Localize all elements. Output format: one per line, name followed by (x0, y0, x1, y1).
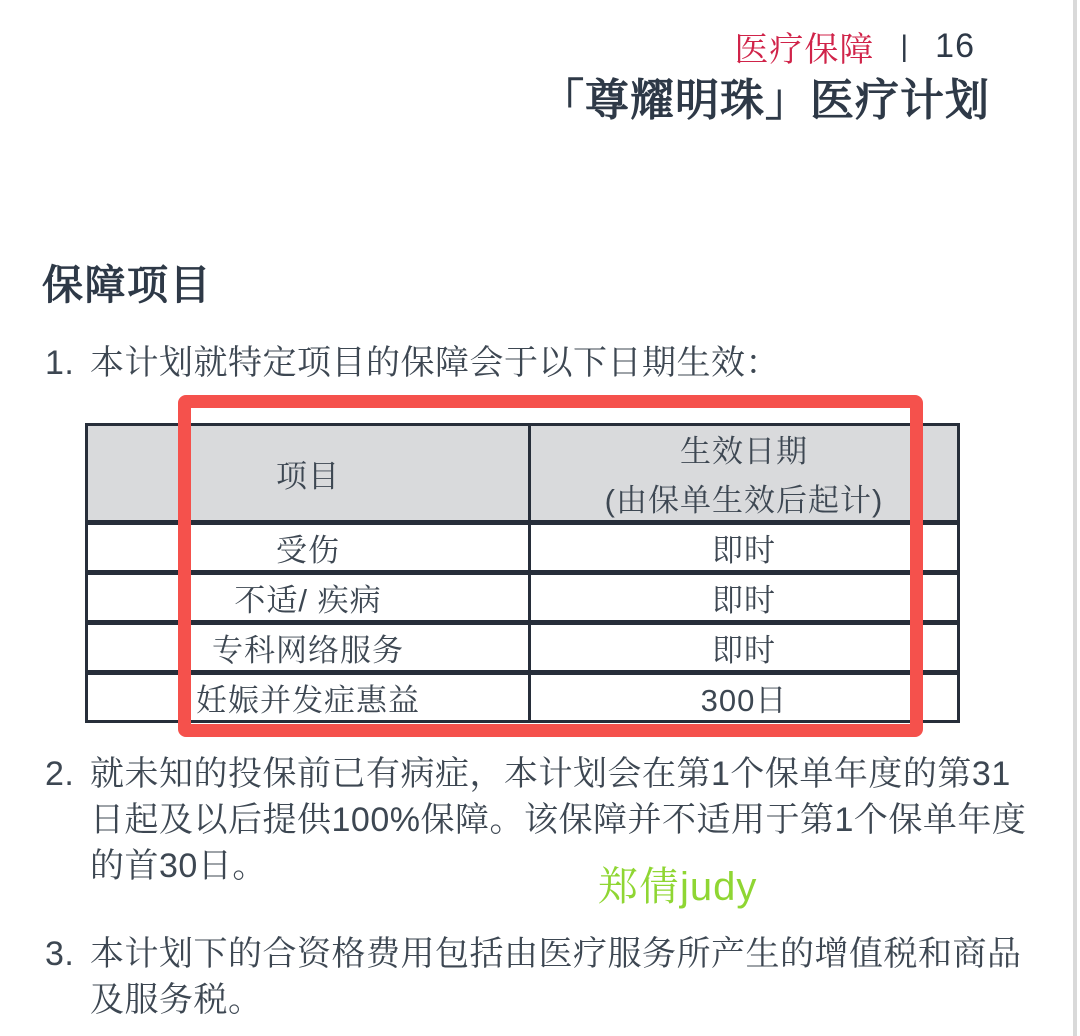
list-item-1-text: 本计划就特定项目的保障会于以下日期生效： (90, 340, 1040, 386)
list-item-3-number: 3. (45, 931, 90, 1023)
watermark-text: 郑倩judy (598, 855, 757, 912)
table-header-effective-date-line2: (由保单生效后起计) (531, 475, 957, 520)
list-item-3-text: 本计划下的合资格费用包括由医疗服务所产生的增值税和商品及服务税。 (90, 931, 1040, 1023)
table-header-effective-date-line1: 生效日期 (680, 434, 808, 469)
table-cell-date: 即时 (530, 523, 959, 573)
list-item-3: 3. 本计划下的合资格费用包括由医疗服务所产生的增值税和商品及服务税。 (45, 931, 1040, 1023)
document-page: 医疗保障 | 16 「尊耀明珠」医疗计划 保障项目 1. 本计划就特定项目的保障… (0, 0, 1080, 1036)
table-cell-item: 妊娠并发症惠益 (87, 673, 530, 722)
list-item-2-number: 2. (45, 751, 90, 889)
table-cell-date: 即时 (530, 573, 959, 623)
table-header-effective-date: 生效日期 (由保单生效后起计) (530, 425, 959, 523)
table-row: 专科网络服务 即时 (87, 623, 959, 673)
page-number: 16 (935, 27, 975, 66)
list-item-1-number: 1. (45, 340, 90, 386)
section-heading: 保障项目 (42, 252, 212, 311)
table-cell-date: 即时 (530, 623, 959, 673)
table-row: 不适/ 疾病 即时 (87, 573, 959, 623)
header-divider: | (900, 30, 909, 64)
list-item-2: 2. 就未知的投保前已有病症，本计划会在第1个保单年度的第31日起及以后提供10… (45, 751, 1040, 889)
effective-date-table: 项目 生效日期 (由保单生效后起计) 受伤 即时 不适/ 疾病 即时 专科网络服… (85, 423, 960, 723)
table-header-item: 项目 (87, 425, 530, 523)
table-row: 受伤 即时 (87, 523, 959, 573)
table-cell-item: 不适/ 疾病 (87, 573, 530, 623)
table-row: 妊娠并发症惠益 300日 (87, 673, 959, 722)
page-edge-line (1073, 0, 1077, 1036)
table-header-row: 项目 生效日期 (由保单生效后起计) (87, 425, 959, 523)
table-cell-item: 受伤 (87, 523, 530, 573)
document-title: 「尊耀明珠」医疗计划 (540, 64, 990, 128)
table-cell-item: 专科网络服务 (87, 623, 530, 673)
table-cell-date: 300日 (530, 673, 959, 722)
list-item-1: 1. 本计划就特定项目的保障会于以下日期生效： (45, 340, 1040, 386)
list-item-2-text: 就未知的投保前已有病症，本计划会在第1个保单年度的第31日起及以后提供100%保… (90, 751, 1040, 889)
